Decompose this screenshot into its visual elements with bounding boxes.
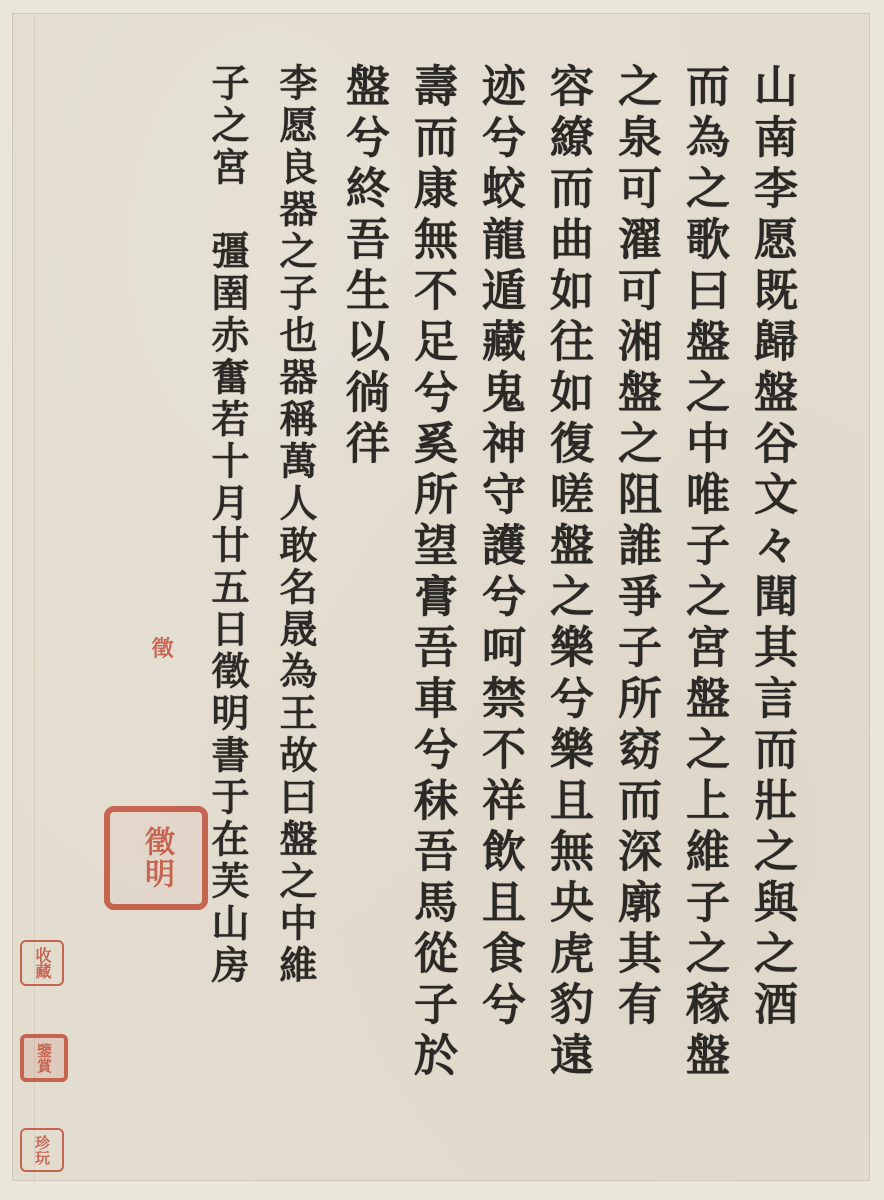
text-column-4: 容繚而曲如往如復嗟盤之樂兮樂且無央虎豹遠	[538, 63, 596, 1143]
colophon-column-1: 李愿良器之子也器稱萬人敢名晟為王故曰盤之中維	[266, 63, 324, 1143]
artist-seal: 徵明	[104, 806, 208, 910]
text-column-1: 山南李愿既歸盤谷文々聞其言而壯之與之酒	[742, 63, 800, 1143]
calligraphy-text-block: 山南李愿既歸盤谷文々聞其言而壯之與之酒 而為之歌曰盤之中唯子之宮盤之上維子之稼盤…	[198, 63, 800, 1143]
paper-leaf: 山南李愿既歸盤谷文々聞其言而壯之與之酒 而為之歌曰盤之中唯子之宮盤之上維子之稼盤…	[12, 13, 870, 1181]
text-column-6: 壽而康無不足兮奚所望膏吾車兮秣吾馬從子於	[402, 63, 460, 1143]
text-column-5: 迹兮蛟龍遁藏鬼神守護兮呵禁不祥飲且食兮	[470, 63, 528, 1143]
text-column-7: 盤兮終吾生以徜徉	[334, 63, 392, 1143]
signature-seal: 徵	[138, 634, 188, 660]
text-column-2: 而為之歌曰盤之中唯子之宮盤之上維子之稼盤	[674, 63, 732, 1143]
collector-seal-3: 珍玩	[20, 1128, 64, 1172]
collector-seal-2: 鑒賞	[20, 1034, 68, 1082]
paper-fold-line	[34, 13, 35, 1181]
mounting-border: 山南李愿既歸盤谷文々聞其言而壯之與之酒 而為之歌曰盤之中唯子之宮盤之上維子之稼盤…	[0, 0, 884, 1200]
colophon-column-2: 子之宮 彊圉赤奮若十月廿五日徵明書于在芙山房	[198, 63, 256, 1143]
text-column-3: 之泉可濯可湘盤之阻誰爭子所窈而深廓其有	[606, 63, 664, 1143]
collector-seal-1: 收藏	[20, 940, 64, 986]
